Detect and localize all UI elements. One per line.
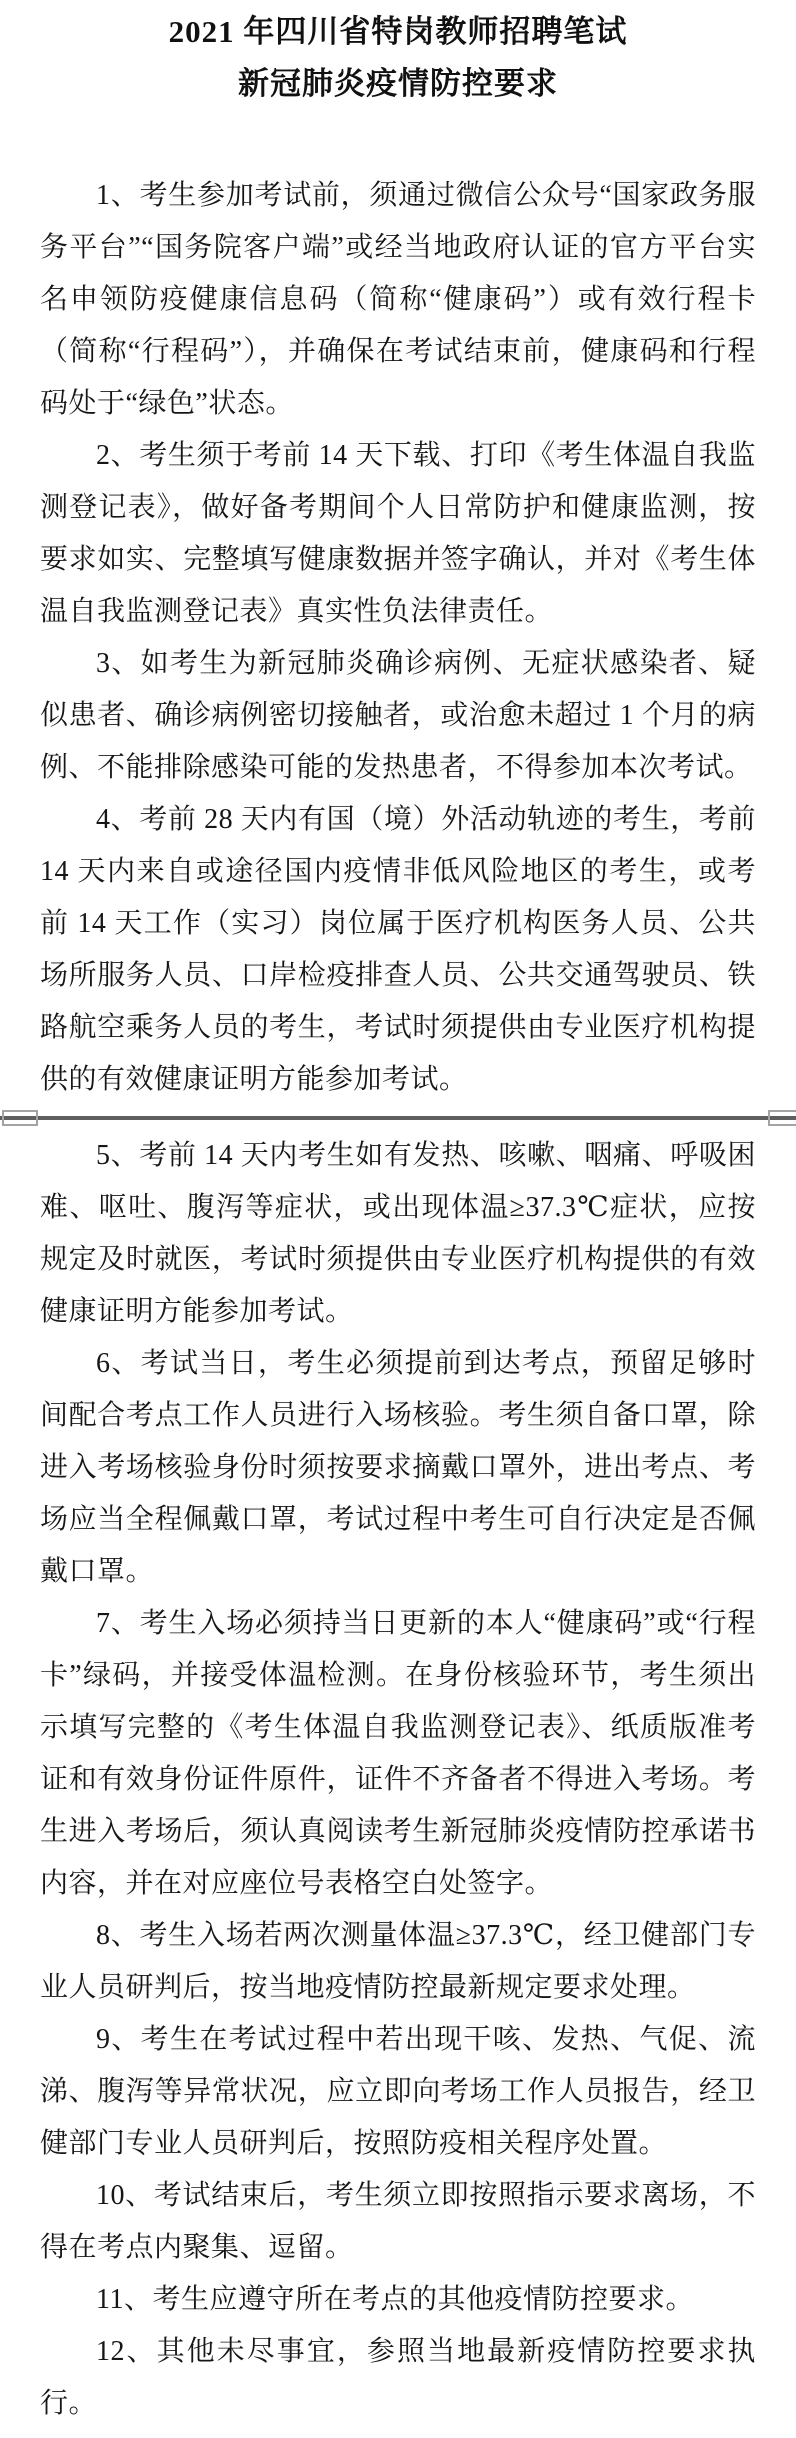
paragraph-4: 4、考前 28 天内有国（境）外活动轨迹的考生，考前 14 天内来自或途径国内疫… [40, 794, 756, 1106]
document-title-line1: 2021 年四川省特岗教师招聘笔试 [40, 6, 756, 58]
page-break-divider [0, 1109, 796, 1127]
paragraph-2: 2、考生须于考前 14 天下载、打印《考生体温自我监测登记表》，做好备考期间个人… [40, 430, 756, 638]
paragraph-11: 11、考生应遵守所在考点的其他疫情防控要求。 [40, 2274, 756, 2326]
paragraph-8: 8、考生入场若两次测量体温≥37.3℃，经卫健部门专业人员研判后，按当地疫情防控… [40, 1910, 756, 2014]
page-break-left-box [2, 1110, 38, 1126]
paragraph-1: 1、考生参加考试前，须通过微信公众号“国家政务服务平台”“国务院客户端”或经当地… [40, 170, 756, 430]
document-title-line2: 新冠肺炎疫情防控要求 [40, 58, 756, 110]
document-body: 1、考生参加考试前，须通过微信公众号“国家政务服务平台”“国务院客户端”或经当地… [40, 170, 756, 2430]
page-break-right-box [768, 1110, 796, 1126]
document-page: 2021 年四川省特岗教师招聘笔试 新冠肺炎疫情防控要求 1、考生参加考试前，须… [0, 0, 796, 2438]
paragraph-10: 10、考试结束后，考生须立即按照指示要求离场，不得在考点内聚集、逗留。 [40, 2170, 756, 2274]
paragraph-12: 12、其他未尽事宜，参照当地最新疫情防控要求执行。 [40, 2326, 756, 2430]
paragraph-5: 5、考前 14 天内考生如有发热、咳嗽、咽痛、呼吸困难、呕吐、腹泻等症状，或出现… [40, 1130, 756, 1338]
paragraph-7: 7、考生入场必须持当日更新的本人“健康码”或“行程卡”绿码，并接受体温检测。在身… [40, 1598, 756, 1910]
page-break-line [0, 1116, 796, 1120]
paragraph-9: 9、考生在考试过程中若出现干咳、发热、气促、流涕、腹泻等异常状况，应立即向考场工… [40, 2014, 756, 2170]
paragraph-6: 6、考试当日，考生必须提前到达考点，预留足够时间配合考点工作人员进行入场核验。考… [40, 1338, 756, 1598]
paragraph-3: 3、如考生为新冠肺炎确诊病例、无症状感染者、疑似患者、确诊病例密切接触者，或治愈… [40, 638, 756, 794]
